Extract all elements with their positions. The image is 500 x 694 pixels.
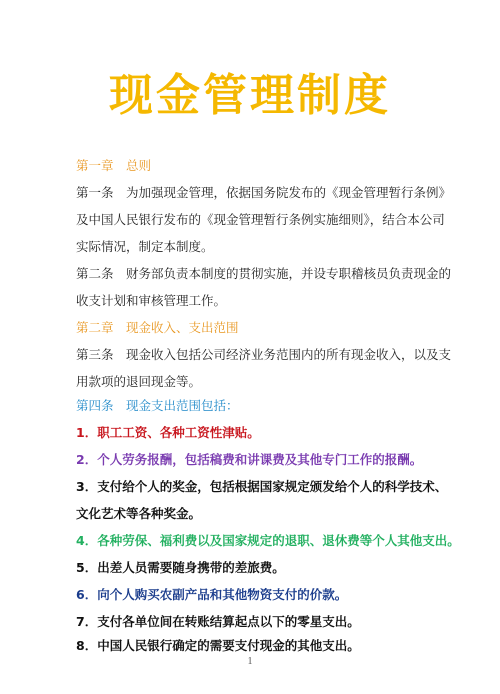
article-3-line-2: 用款项的退回现金等。 [76, 373, 201, 391]
article-1-line-2: 及中国人民银行发布的《现金管理暂行条例实施细则》，结合本公司 [76, 211, 445, 229]
list-item-4: 4．各种劳保、福利费以及国家规定的退职、退休费等个人其他支出。 [76, 532, 460, 550]
page-number: 1 [0, 656, 500, 667]
article-1-line-1: 第一条 为加强现金管理，依据国务院发布的《现金管理暂行条例》 [76, 184, 451, 202]
list-item-2: 2．个人劳务报酬，包括稿费和讲课费及其他专门工作的报酬。 [76, 451, 422, 469]
list-item-7: 7．支付各单位间在转账结算起点以下的零星支出。 [76, 613, 360, 631]
list-item-3-line-2: 文化艺术等各种奖金。 [76, 505, 201, 523]
list-item-8: 8．中国人民银行确定的需要支付现金的其他支出。 [76, 637, 360, 655]
article-4-heading: 第四条 现金支出范围包括： [76, 397, 239, 415]
chapter-2-heading: 第二章 现金收入、支出范围 [76, 319, 239, 337]
list-item-1: 1．职工工资、各种工资性津贴。 [76, 424, 260, 442]
list-item-5: 5．出差人员需要随身携带的差旅费。 [76, 559, 285, 577]
article-2-line-1: 第二条 财务部负责本制度的贯彻实施，并设专职稽核员负责现金的 [76, 265, 451, 283]
list-item-3-line-1: 3．支付给个人的奖金，包括根据国家规定颁发给个人的科学技术、 [76, 478, 447, 496]
article-1-line-3: 实际情况，制定本制度。 [76, 238, 214, 256]
article-3-line-1: 第三条 现金收入包括公司经济业务范围内的所有现金收入，以及支 [76, 346, 451, 364]
article-2-line-2: 收支计划和审核管理工作。 [76, 292, 226, 310]
chapter-1-heading: 第一章 总则 [76, 157, 151, 175]
list-item-6: 6．向个人购买农副产品和其他物资支付的价款。 [76, 586, 347, 604]
document-title: 现金管理制度 [0, 68, 500, 124]
